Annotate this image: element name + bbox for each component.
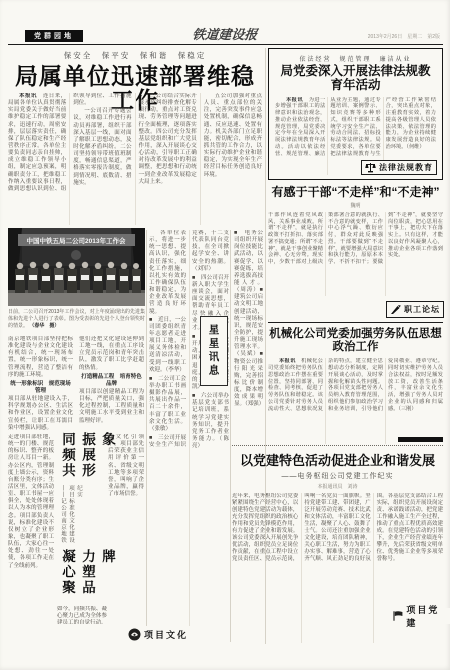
pen-icon: [390, 304, 401, 315]
culture-article-top: 南京地铁项目部坚持把标准化建设与企业文化建设有机结合，统一现场布置，统一形象标识…: [8, 336, 144, 430]
mech-paragraph: 本报讯 机械化公司党委始终把劳务队伍思想政治工作摆在重要位置，坚持同部署、同检查…: [268, 358, 443, 412]
article-end-bar: [398, 437, 443, 442]
vertical-headline-line1: 同频共振展形象: [57, 432, 107, 485]
scales-icon: [365, 162, 376, 173]
vertical-headline-subtitle: ——记公司南京地铁项目标准化文化建设纪实: [59, 485, 105, 549]
briefs-cont: 各单位表示，将进一步统一思想、提高认识，强化责任落实，细化工作措施，以扎实有效的…: [149, 230, 186, 316]
column-rule-1: [146, 230, 147, 642]
culture-vertical-headline: 同频共振展形象 ——记公司南京地铁项目标准化文化建设纪实 凝心聚力塑品牌: [57, 432, 107, 602]
mech-text: 机械化公司党委始终把劳务队伍思想政治工作摆在重要位置，坚持同部署、同检查、同考核…: [268, 358, 443, 411]
news-photo: 中国中铁五局二公司2013年工作会: [8, 228, 145, 306]
briefs-column: 各单位表示，将进一步统一思想、提高认识，强化责任落实，细化工作措施，以扎实有效的…: [149, 230, 229, 642]
law-box-paragraph: 本报讯 为进一步增强干部职工的法律意识和法治观念，推动企业依法经营、规范管理，局…: [275, 97, 436, 158]
main-article-kicker: 保安全 保平安 保和谐 保稳定: [8, 50, 262, 61]
masthead-logo: 铁道建设报: [169, 24, 281, 43]
worker-forum-label: 职工论坛: [404, 304, 440, 315]
culture-subhead-2: 打造精品工程 培育特色品牌: [79, 374, 144, 388]
law-box-kicker: 依法经营 规范管理 廉洁从业: [275, 54, 436, 63]
culture-col-1: 南京地铁项目部坚持把标准化建设与企业文化建设有机结合，统一现场布置，统一形象标识…: [8, 336, 73, 430]
brief-item: ■ 六公司举办基层党支部书记培训班，系统学习党建实务知识，提升党务工作者业务能力…: [192, 393, 229, 450]
vertical-headline-line2: 凝心聚力塑品牌: [57, 549, 107, 602]
law-box-lead: 本报讯: [286, 97, 303, 103]
culture-col1b: 项目部从驻地建设入手，科学规划办公区、生活区和作业区，设置企业文化宣传栏，让职工…: [8, 396, 73, 430]
photo-credit: （春华 摄）: [29, 323, 59, 329]
mech-body: 本报讯 机械化公司党委始终把劳务队伍思想政治工作摆在重要位置，坚持同部署、同检查…: [268, 358, 443, 444]
culture-left-column: 走进项目部驻地，统一的门楼、规范的标识、整齐的板房让人耳目一新。办公区内，管理制…: [8, 434, 54, 624]
culture-under-vertical: 如今，同频共振、凝心聚力已成为全体参建员工的自觉行动。: [57, 606, 107, 624]
main-lead: 本报讯: [19, 93, 37, 99]
law-education-box: 依法经营 规范管理 廉洁从业 局党委深入开展法律法规教育年活动 本报讯 为进一步…: [268, 48, 443, 180]
project-party-badge: 项目党建: [390, 608, 450, 624]
brief-item: ■ 近日，一公司团委组织青年志愿者走进项目工地，开展义务体检和送清凉活动，受到一…: [149, 317, 186, 374]
culture-col1a: 南京地铁项目部坚持把标准化建设与企业文化建设有机结合，统一现场布置，统一形象标识…: [8, 336, 73, 379]
party-byline: 本报通讯员 刘涛: [232, 483, 443, 490]
essay-body: 干部作风连着党风政风，关系事业成败。所谓“不走样”，就是执行政策不打折扣、落实部…: [268, 212, 443, 296]
photo-banner-text: 中国中铁五局二公司2013年工作会: [27, 236, 126, 245]
law-education-tag-label: 法律法规教育: [379, 162, 433, 173]
briefs-label: 星星讯息: [207, 324, 222, 378]
newspaper-page: 党群园地 铁道建设报 2013年2月26日 星期二 第2版 保安全 保平安 保和…: [0, 0, 450, 670]
main-article-body: 本报讯 连日来，局属各单位认真贯彻落实局党委关于做好当前维护稳定工作的部署要求，…: [8, 93, 262, 225]
main-paragraph: 一公司召开专题会议，对维稳工作进行再动员再部署，组织干部深入基层一线，面对面了解…: [73, 108, 131, 187]
photo-caption: 日前，二公司召开2013年工作会议，对上年度涌现出的先进集体和先进个人进行了表彰…: [8, 309, 145, 329]
worker-forum-badge: 职工论坛: [386, 301, 444, 318]
mech-lead: 本报讯: [279, 358, 296, 364]
briefs-label-box: 星星讯息: [200, 316, 228, 386]
mech-headline: 机械化公司党委加强劳务队伍思想政治工作: [268, 328, 443, 354]
project-party-label: 项目党建: [406, 603, 448, 629]
culture-right-column: 在文化引领下，项目部先后荣获业主信用评价第一名、省级文明工地等多项荣誉，叫响了企…: [108, 434, 144, 624]
culture-emblem-icon: [128, 628, 141, 641]
brief-item: ■ 二公司工会举办职工书画摄影作品展，共展出作品一百二十余件，丰富了职工业余文化…: [149, 376, 186, 433]
header-rule: [8, 44, 443, 45]
flag-icon: [392, 610, 403, 622]
law-box-headline: 局党委深入开展法律法规教育年活动: [275, 65, 436, 93]
culture-col-2: 他们还把文化建设延伸到工地一线，在重点工序设立党员示范岗和青年突击队，激发了职工…: [79, 336, 144, 430]
essay-divider-rule: [268, 322, 443, 323]
party-subtitle: ——电务枢纽公司党建工作纪实: [232, 471, 443, 481]
dotted-divider: [232, 445, 443, 446]
main-paragraph: 三公司结合实际开展矛盾纠纷排查化解专项行动，重点对工资兑现、劳务管理等问题进行全…: [139, 93, 197, 186]
main-paragraph: 五公司加强对重点人员、重点部位的关注，完善突发事件应急处置机制，确保信息畅通、反…: [204, 93, 262, 179]
section-badge-label: 党群园地: [34, 31, 74, 41]
culture-col2b: 项目部以创建精品工程为目标，严把质量关口，强化过程控制，工程质量和文明施工水平受…: [79, 389, 144, 425]
law-education-tag: 法律法规教育: [361, 160, 437, 175]
column-rule-2: [230, 230, 231, 642]
mech-article: 机械化公司党委加强劳务队伍思想政治工作 本报讯 机械化公司党委始终把劳务队伍思想…: [268, 328, 443, 444]
essay-headline: 有感于干部“不走样”和“不走神”: [268, 186, 443, 200]
essay-author: 魏明: [268, 202, 443, 209]
dateline: 2013年2月26日 星期二 第2版: [320, 33, 440, 40]
section-badge: 党群园地: [25, 30, 83, 42]
culture-col2a: 他们还把文化建设延伸到工地一线，在重点工序设立党员示范岗和青年突击队，激发了职工…: [79, 336, 144, 372]
briefs-extra-column: ■ 电务公司组织开展岗位技能比武活动，以赛促学、以赛促练，培养选拔高技能人才。（…: [234, 230, 263, 440]
party-headline: 以党建特色活动促进企业和谐发展: [232, 450, 443, 469]
meeting-photo-image: 中国中铁五局二公司2013年工作会: [8, 228, 145, 306]
project-culture-label: 项目文化: [144, 628, 188, 641]
law-box-text: 为进一步增强干部职工的法律意识和法治观念，推动企业依法经营、规范管理，局党委决定…: [275, 97, 436, 157]
project-culture-badge: 项目文化: [126, 626, 214, 643]
culture-subhead-1: 统一形象标识 规范现场管理: [8, 381, 73, 395]
essay-article: 有感于干部“不走样”和“不走神” 魏明 干部作风连着党风政风，关系事业成败。所谓…: [268, 186, 443, 296]
